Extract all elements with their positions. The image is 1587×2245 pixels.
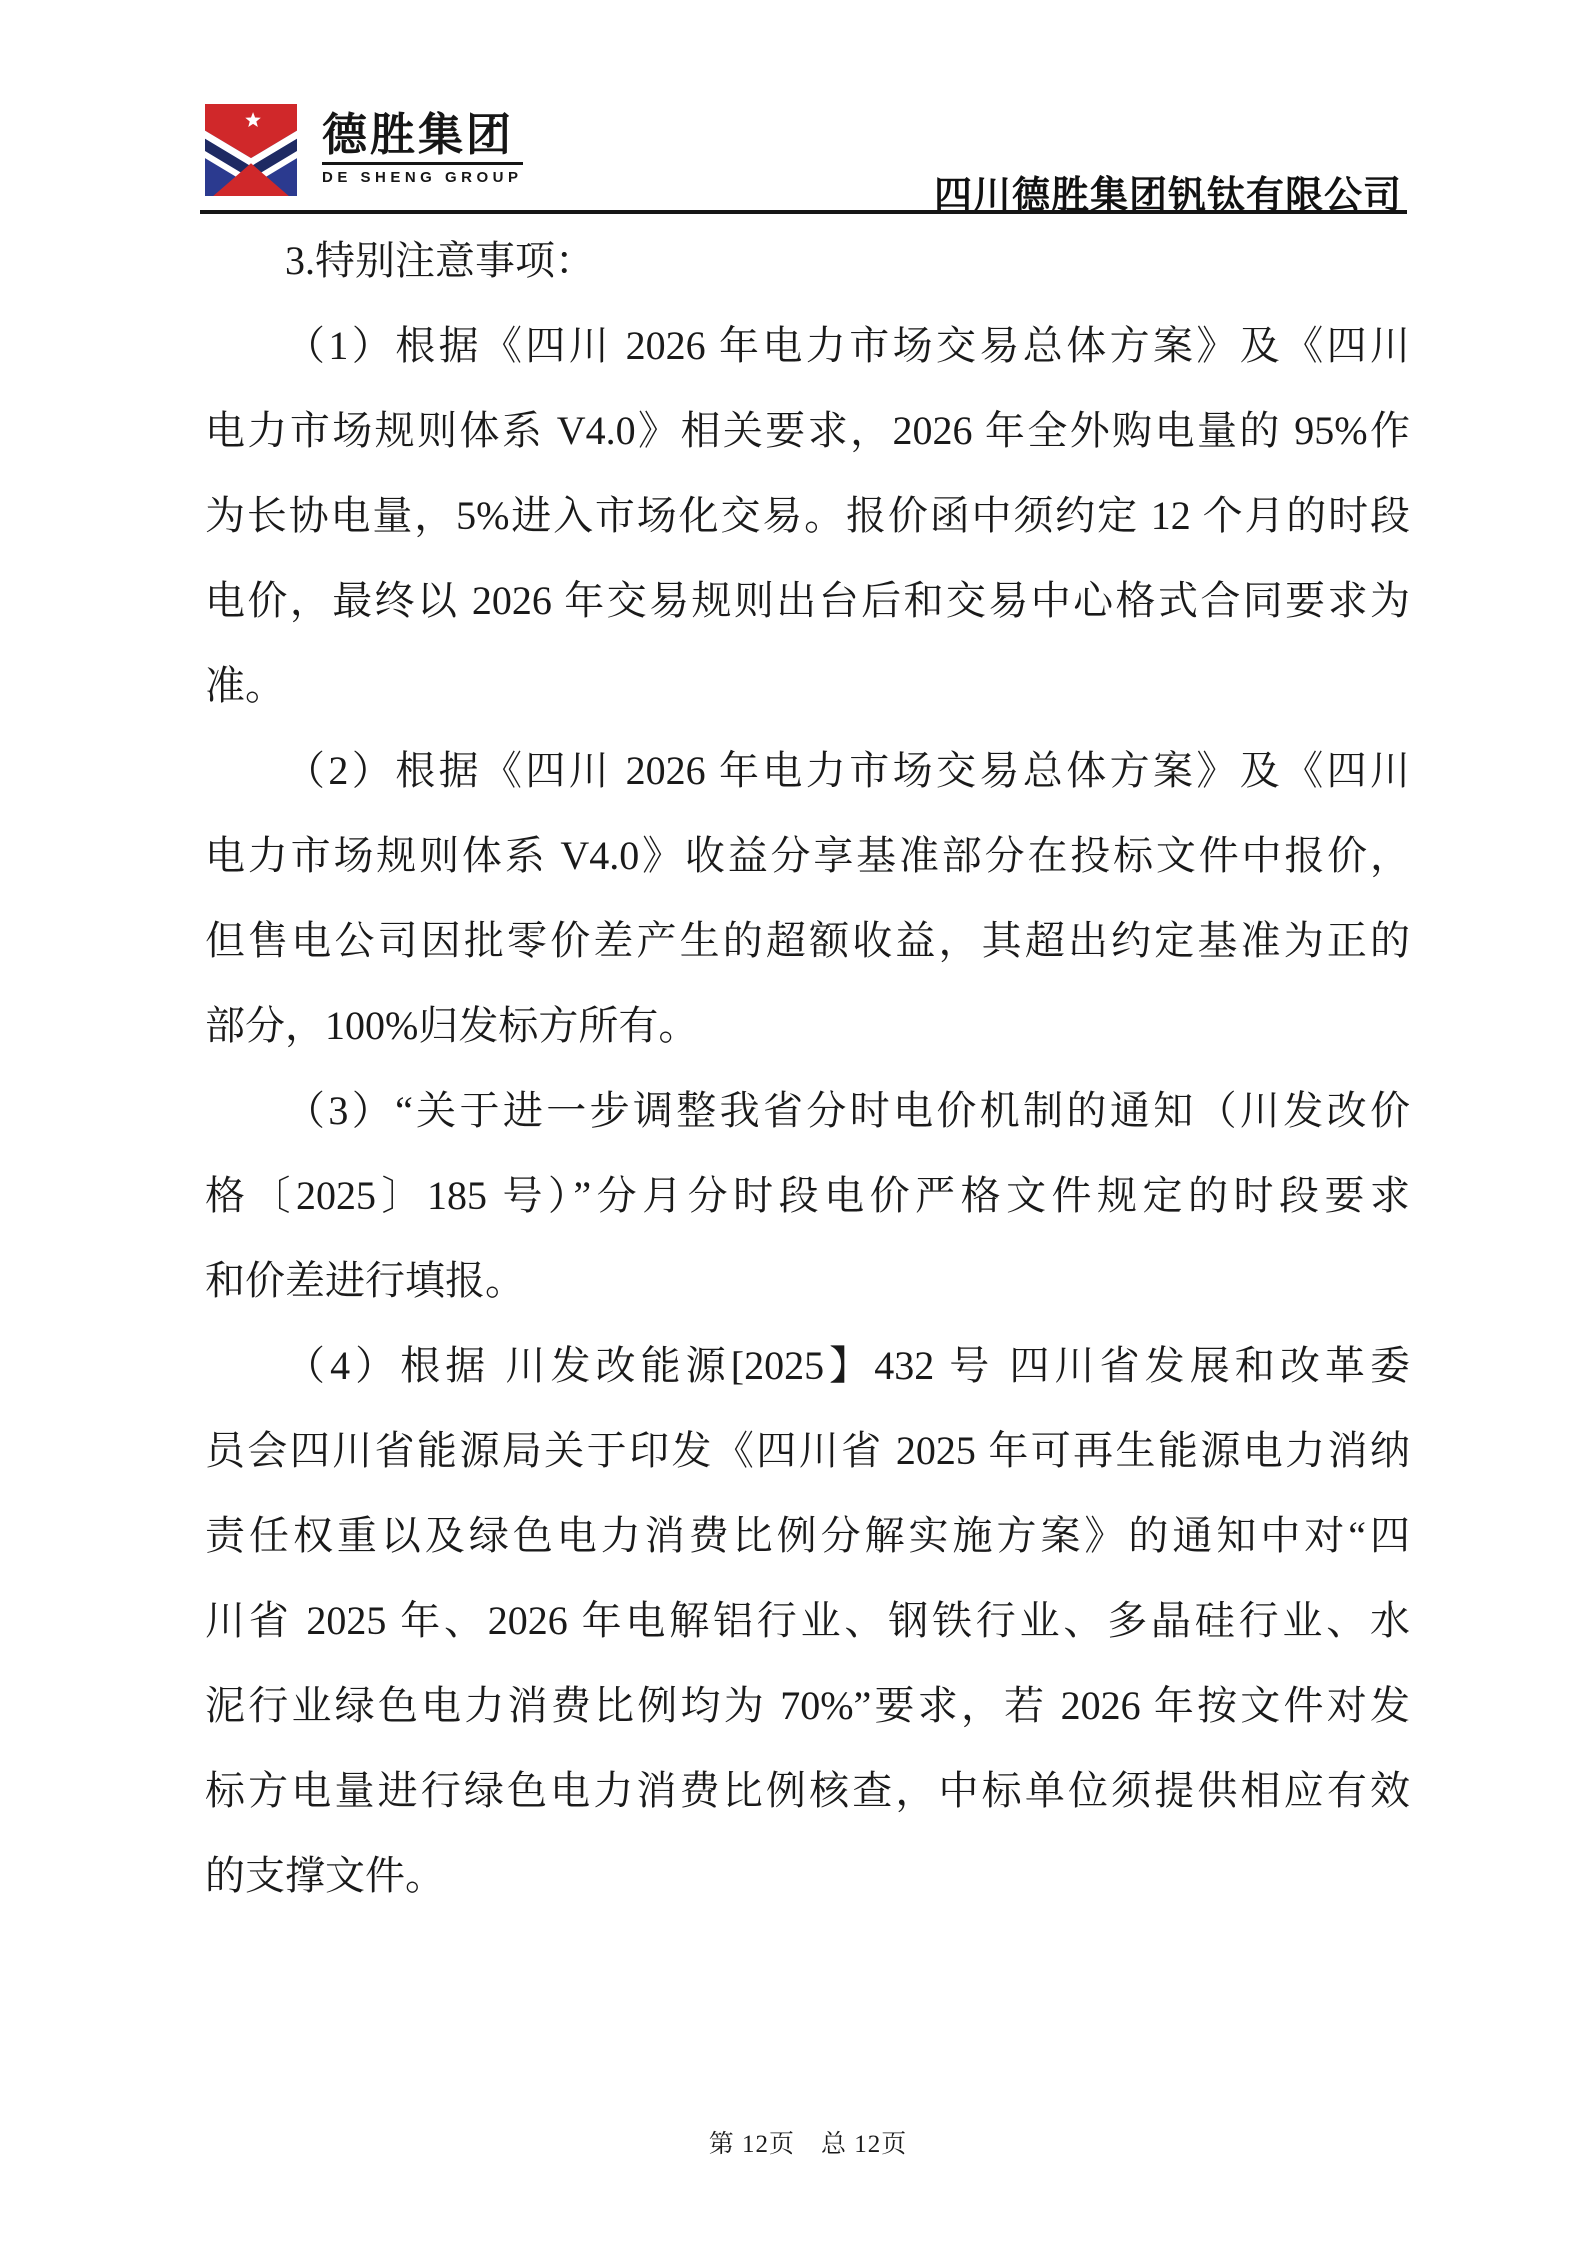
desheng-logo-icon <box>205 104 297 196</box>
body-line: （2）根据《四川 2026 年电力市场交易总体方案》及《四川 <box>205 728 1410 813</box>
brand-name-en: DE SHENG GROUP <box>322 169 523 186</box>
body-line: 泥行业绿色电力消费比例均为 70%”要求，若 2026 年按文件对发 <box>205 1663 1410 1748</box>
body-line: （1）根据《四川 2026 年电力市场交易总体方案》及《四川 <box>205 303 1410 388</box>
brand-block: 德胜集团 DE SHENG GROUP <box>322 112 523 186</box>
header-divider <box>200 210 1407 214</box>
body-line: 责任权重以及绿色电力消费比例分解实施方案》的通知中对“四 <box>205 1493 1410 1578</box>
document-page: 德胜集团 DE SHENG GROUP 四川德胜集团钒钛有限公司 3.特别注意事… <box>0 0 1587 2245</box>
body-line: 电力市场规则体系 V4.0》相关要求，2026 年全外购电量的 95%作 <box>205 388 1410 473</box>
body-line: 和价差进行填报。 <box>205 1238 1410 1323</box>
paragraph: （1）根据《四川 2026 年电力市场交易总体方案》及《四川电力市场规则体系 V… <box>205 303 1410 728</box>
body-line: 电价，最终以 2026 年交易规则出台后和交易中心格式合同要求为 <box>205 558 1410 643</box>
body-line: 部分，100%归发标方所有。 <box>205 983 1410 1068</box>
paragraph: （4）根据 川发改能源[2025】432 号 四川省发展和改革委员会四川省能源局… <box>205 1323 1410 1918</box>
page-footer: 第 12页 总 12页 <box>0 2096 1587 2188</box>
body-line: 标方电量进行绿色电力消费比例核查，中标单位须提供相应有效 <box>205 1748 1410 1833</box>
body-line: 准。 <box>205 643 1410 728</box>
body-line: 格〔2025〕185 号）”分月分时段电价严格文件规定的时段要求 <box>205 1153 1410 1238</box>
brand-name-cn: 德胜集团 <box>322 112 523 165</box>
body-line: 川省 2025 年、2026 年电解铝行业、钢铁行业、多晶硅行业、水 <box>205 1578 1410 1663</box>
body-line: （3）“关于进一步调整我省分时电价机制的通知（川发改价 <box>205 1068 1410 1153</box>
body-line: 的支撑文件。 <box>205 1833 1410 1918</box>
body-line: （4）根据 川发改能源[2025】432 号 四川省发展和改革委 <box>205 1323 1410 1408</box>
document-body: 3.特别注意事项： （1）根据《四川 2026 年电力市场交易总体方案》及《四川… <box>205 218 1410 1918</box>
paragraph: （3）“关于进一步调整我省分时电价机制的通知（川发改价格〔2025〕185 号）… <box>205 1068 1410 1323</box>
paragraph: （2）根据《四川 2026 年电力市场交易总体方案》及《四川电力市场规则体系 V… <box>205 728 1410 1068</box>
section-heading: 3.特别注意事项： <box>205 218 1410 303</box>
paragraphs: （1）根据《四川 2026 年电力市场交易总体方案》及《四川电力市场规则体系 V… <box>205 303 1410 1918</box>
page-number-label: 第 12页 总 12页 <box>709 2131 908 2158</box>
body-line: 但售电公司因批零价差产生的超额收益，其超出约定基准为正的 <box>205 898 1410 983</box>
body-line: 为长协电量，5%进入市场化交易。报价函中须约定 12 个月的时段 <box>205 473 1410 558</box>
body-line: 员会四川省能源局关于印发《四川省 2025 年可再生能源电力消纳 <box>205 1408 1410 1493</box>
body-line: 电力市场规则体系 V4.0》收益分享基准部分在投标文件中报价， <box>205 813 1410 898</box>
